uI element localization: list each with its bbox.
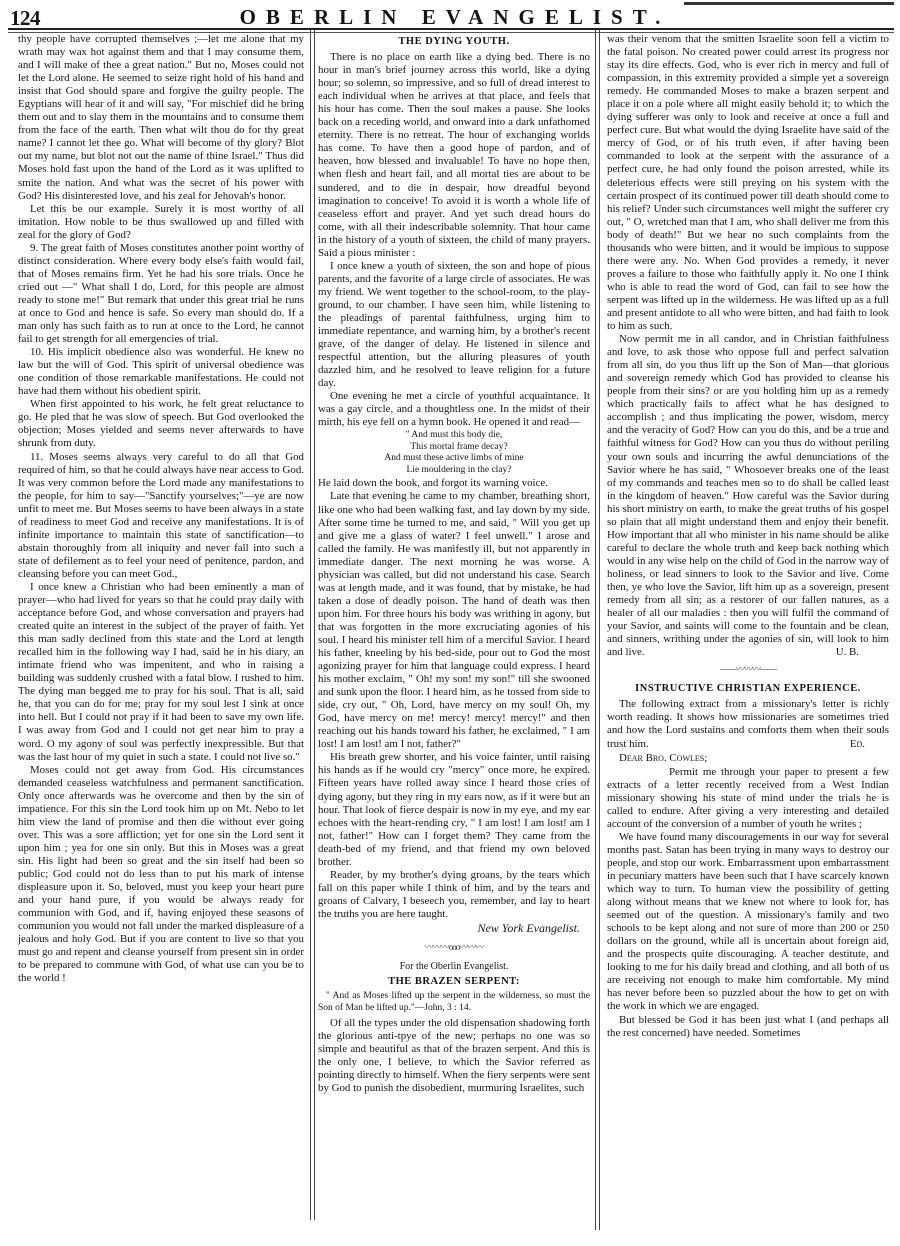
section-divider: ——〰〰〰—— (607, 663, 889, 676)
paragraph: 11. Moses seems always very careful to d… (18, 451, 304, 581)
paragraph: was their venom that the smitten Israeli… (607, 33, 889, 333)
paragraph: Moses could not get away from God. His c… (18, 764, 304, 986)
article-signoff: U. B. (607, 646, 889, 659)
editor-sign: Ed. (838, 738, 889, 751)
paragraph: We have found many discouragements in ou… (607, 831, 889, 1014)
paragraph: Reader, by my brother's dying groans, by… (318, 869, 590, 921)
paragraph: Permit me through your paper to present … (607, 766, 889, 831)
section-divider: 〰〰〰ooo〰〰〰 (318, 941, 590, 954)
paragraph: thy people have corrupted themselves ;—l… (18, 33, 304, 203)
paragraph: One evening he met a circle of youthful … (318, 390, 590, 429)
column-2: THE DYING YOUTH. There is no place on ea… (318, 33, 590, 1246)
column-1: thy people have corrupted themselves ;—l… (18, 33, 304, 1246)
verse-line: Lie mouldering in the clay? (318, 465, 590, 477)
paragraph: 10. His implicit obedience also was wond… (18, 346, 304, 398)
letter-salutation: Dear Bro. Cowles; (607, 752, 889, 765)
paragraph: I once knew a Christian who had been emi… (18, 581, 304, 764)
article-heading-dying-youth: THE DYING YOUTH. (318, 35, 590, 48)
verse-line: And must these active limbs of mine (318, 453, 590, 465)
paragraph: When first appointed to his work, he fel… (18, 398, 304, 450)
paragraph: 9. The great faith of Moses constitutes … (18, 242, 304, 346)
article-heading-christian-experience: INSTRUCTIVE CHRISTIAN EXPERIENCE. (607, 682, 889, 695)
paragraph: He laid down the book, and forgot its wa… (318, 477, 590, 490)
paragraph: Now permit me in all candor, and in Chri… (607, 333, 889, 659)
column-rule-1 (310, 30, 315, 1220)
newspaper-title: OBERLIN EVANGELIST. (145, 5, 765, 30)
hymn-verse: " And must this body die, This mortal fr… (318, 430, 590, 476)
paragraph: Let this be our example. Surely it is mo… (18, 203, 304, 242)
column-rule-2 (595, 30, 600, 1230)
verse-line: This mortal frame decay? (318, 442, 590, 454)
scripture-epigraph: " And as Moses lifted up the serpent in … (318, 991, 590, 1014)
masthead: 124 OBERLIN EVANGELIST. (0, 0, 900, 30)
paragraph: Of all the types under the old dispensat… (318, 1017, 590, 1095)
article-byline: For the Oberlin Evangelist. (318, 960, 590, 973)
column-3: was their venom that the smitten Israeli… (607, 33, 889, 1246)
verse-line: " And must this body die, (318, 430, 590, 442)
article-source: New York Evangelist. (318, 922, 590, 935)
paragraph: Late that evening he came to my chamber,… (318, 490, 590, 751)
paragraph: His breath grew shorter, and his voice f… (318, 751, 590, 868)
paragraph: But blessed be God it has been just what… (607, 1014, 889, 1040)
editor-intro: The following extract from a missionary'… (607, 698, 889, 750)
paragraph: There is no place on earth like a dying … (318, 51, 590, 260)
article-heading-brazen-serpent: THE BRAZEN SERPENT: (318, 975, 590, 988)
paragraph: I once knew a youth of sixteen, the son … (318, 260, 590, 390)
